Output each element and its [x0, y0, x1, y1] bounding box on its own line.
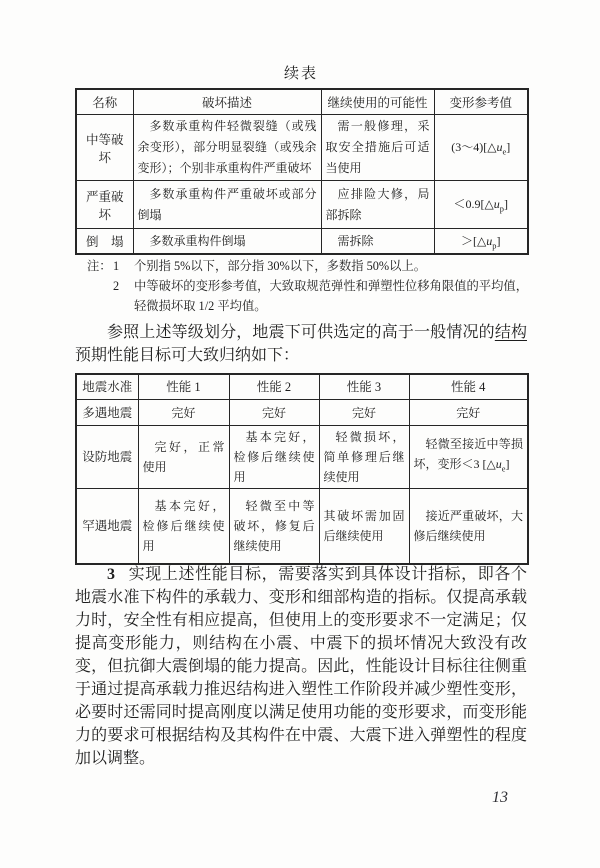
seismic-level-cell: 罕遇地震	[76, 489, 138, 565]
column-header-performance-3: 性能 3	[319, 374, 409, 400]
damage-name-cell: 中等破坏	[76, 115, 133, 181]
usability-cell: 应排险大修，局部拆除	[321, 181, 434, 229]
seismic-level-cell: 设防地震	[76, 426, 138, 489]
clause-text: 实现上述性能目标，需要落实到具体设计指标，即各个地震水准下构件的承载力、变形和细…	[75, 566, 527, 767]
damage-level-table: 名称 破坏描述 继续使用的可能性 变形参考值 中等破坏 多数承重构件轻微裂缝（或…	[75, 88, 529, 255]
intro-text-pre: 参照上述等级划分，地震下可供选定的高于一般情况的	[107, 324, 495, 341]
performance-text-post: ]	[505, 457, 509, 471]
damage-description-cell: 多数承重构件严重破坏或部分倒塌	[133, 181, 321, 229]
table-row-rare-earthquake: 罕遇地震 基本完好，检修后继续使用 轻微至中等破坏，修复后继续使用 其破坏需加固…	[76, 489, 528, 565]
column-header-usability: 继续使用的可能性	[321, 89, 434, 115]
table-row-moderate-damage: 中等破坏 多数承重构件轻微裂缝（或残余变形），部分明显裂缝（或残余变形）；个别非…	[76, 115, 528, 181]
performance-table-header-row: 地震水准 性能 1 性能 2 性能 3 性能 4	[76, 374, 528, 400]
damage-name-cell: 倒 塌	[76, 229, 133, 255]
table-row-frequent-earthquake: 多遇地震 完好 完好 完好 完好	[76, 400, 528, 426]
performance-cell: 其破坏需加固后继续使用	[319, 489, 409, 565]
note-text: 个别指 5%以下，部分指 30%以下，多数指 50%以上。	[134, 256, 528, 276]
performance-target-table: 地震水准 性能 1 性能 2 性能 3 性能 4 多遇地震 完好 完好 完好 完…	[75, 373, 529, 565]
seismic-level-cell: 多遇地震	[76, 400, 138, 426]
deformation-value-cell: (3～4)[△ue]	[434, 115, 528, 181]
deformation-post: ]	[506, 140, 510, 154]
performance-cell: 完好	[229, 400, 319, 426]
column-header-name: 名称	[76, 89, 133, 115]
continued-table-label: 续表	[75, 62, 527, 83]
table-row-severe-damage: 严重破坏 多数承重构件严重破坏或部分倒塌 应排险大修，局部拆除 ＜0.9[△up…	[76, 181, 528, 229]
column-header-performance-2: 性能 2	[229, 374, 319, 400]
intro-paragraph: 参照上述等级划分，地震下可供选定的高于一般情况的结构预期性能目标可大致归纳如下：	[75, 321, 527, 367]
table-row-collapse: 倒 塌 多数承重构件倒塌 需拆除 ＞[△up]	[76, 229, 528, 255]
usability-cell: 需拆除	[321, 229, 434, 255]
performance-cell: 轻微至中等破坏，修复后继续使用	[229, 489, 319, 565]
column-header-performance-1: 性能 1	[138, 374, 229, 400]
deformation-pre: (3～4)[△	[451, 140, 496, 154]
note-number: 2	[113, 276, 134, 316]
deformation-value-cell: ＜0.9[△up]	[434, 181, 528, 229]
deformation-post: ]	[504, 197, 508, 211]
notes-label-spacer	[87, 276, 113, 316]
note-text: 中等破坏的变形参考值，大致取规范弹性和弹塑性位移角限值的平均值，轻微损坏取 1/…	[134, 276, 528, 316]
note-number: 1	[113, 256, 134, 276]
column-header-deformation: 变形参考值	[434, 89, 528, 115]
performance-cell: 接近严重破坏，大修后继续使用	[409, 489, 528, 565]
deformation-post: ]	[496, 234, 500, 248]
table-row-design-earthquake: 设防地震 完好，正常使用 基本完好，检修后继续使用 轻微损坏，简单修理后继续使用…	[76, 426, 528, 489]
damage-name-cell: 严重破坏	[76, 181, 133, 229]
damage-description-cell: 多数承重构件倒塌	[133, 229, 321, 255]
performance-cell: 基本完好，检修后继续使用	[229, 426, 319, 489]
underlined-term: 结构	[495, 324, 527, 341]
damage-description-cell: 多数承重构件轻微裂缝（或残余变形），部分明显裂缝（或残余变形）；个别非承重构件严…	[133, 115, 321, 181]
performance-cell: 完好，正常使用	[138, 426, 229, 489]
deformation-pre: ＜0.9[△	[454, 197, 494, 211]
deformation-value-cell: ＞[△up]	[434, 229, 528, 255]
performance-cell: 完好	[319, 400, 409, 426]
damage-table-header-row: 名称 破坏描述 继续使用的可能性 变形参考值	[76, 89, 528, 115]
column-header-performance-4: 性能 4	[409, 374, 528, 400]
clause-number: 3	[107, 566, 115, 583]
clause-3-paragraph: 3实现上述性能目标，需要落实到具体设计指标，即各个地震水准下构件的承载力、变形和…	[75, 563, 527, 770]
column-header-seismic-level: 地震水准	[76, 374, 138, 400]
performance-cell: 完好	[138, 400, 229, 426]
performance-cell: 基本完好，检修后继续使用	[138, 489, 229, 565]
performance-cell: 轻微损坏，简单修理后继续使用	[319, 426, 409, 489]
page-number: 13	[470, 789, 530, 807]
usability-cell: 需一般修理，采取安全措施后可适当使用	[321, 115, 434, 181]
column-header-description: 破坏描述	[133, 89, 321, 115]
performance-cell: 完好	[409, 400, 528, 426]
deformation-pre: ＞[△	[461, 234, 486, 248]
intro-text-post: 预期性能目标可大致归纳如下：	[75, 347, 299, 364]
page-content: 续表 名称 破坏描述 继续使用的可能性 变形参考值 中等破坏 多数承重构件轻微裂…	[75, 0, 527, 868]
performance-cell-with-formula: 轻微至接近中等损坏，变形＜3 [△ue]	[409, 426, 528, 489]
document-page: 续表 名称 破坏描述 继续使用的可能性 变形参考值 中等破坏 多数承重构件轻微裂…	[0, 0, 600, 868]
notes-label: 注：	[87, 256, 113, 276]
table-notes: 注： 1 个别指 5%以下，部分指 30%以下，多数指 50%以上。 2 中等破…	[87, 256, 528, 316]
